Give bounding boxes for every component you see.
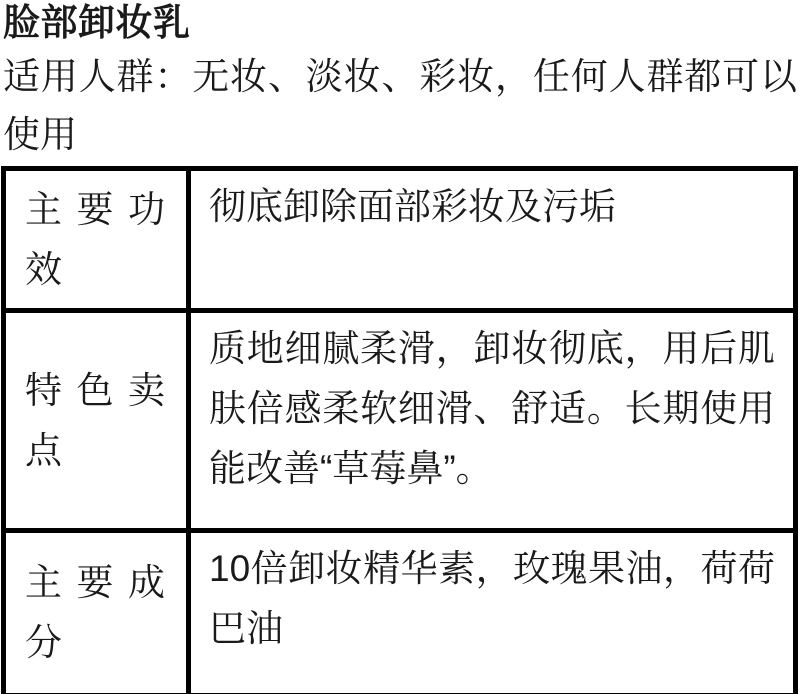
audience-text: 适用人群：无妆、淡妆、彩妆，任何人群都可以使用 <box>3 48 797 164</box>
row-content-selling-point: 质地细腻柔滑，卸妆彻底，用后肌肤倍感柔软细滑、舒适。长期使用能改善“草莓鼻”。 <box>189 311 796 531</box>
row-label-main-effect: 主要功效 <box>4 169 189 311</box>
table-row: 主要功效 彻底卸除面部彩妆及污垢 <box>4 169 796 311</box>
row-content-main-effect: 彻底卸除面部彩妆及污垢 <box>189 169 796 311</box>
product-info-table: 主要功效 彻底卸除面部彩妆及污垢 特色卖点 质地细腻柔滑，卸妆彻底，用后肌肤倍感… <box>1 166 798 694</box>
product-description-page: 脸部卸妆乳 适用人群：无妆、淡妆、彩妆，任何人群都可以使用 主要功效 彻底卸除面… <box>0 0 800 694</box>
page-title: 脸部卸妆乳 <box>3 2 800 44</box>
table-row: 主要成分 10倍卸妆精华素，玫瑰果油，荷荷巴油 <box>4 531 796 694</box>
row-label-selling-point: 特色卖点 <box>4 311 189 531</box>
row-label-main-ingredients: 主要成分 <box>4 531 189 694</box>
table-row: 特色卖点 质地细腻柔滑，卸妆彻底，用后肌肤倍感柔软细滑、舒适。长期使用能改善“草… <box>4 311 796 531</box>
row-content-main-ingredients: 10倍卸妆精华素，玫瑰果油，荷荷巴油 <box>189 531 796 694</box>
